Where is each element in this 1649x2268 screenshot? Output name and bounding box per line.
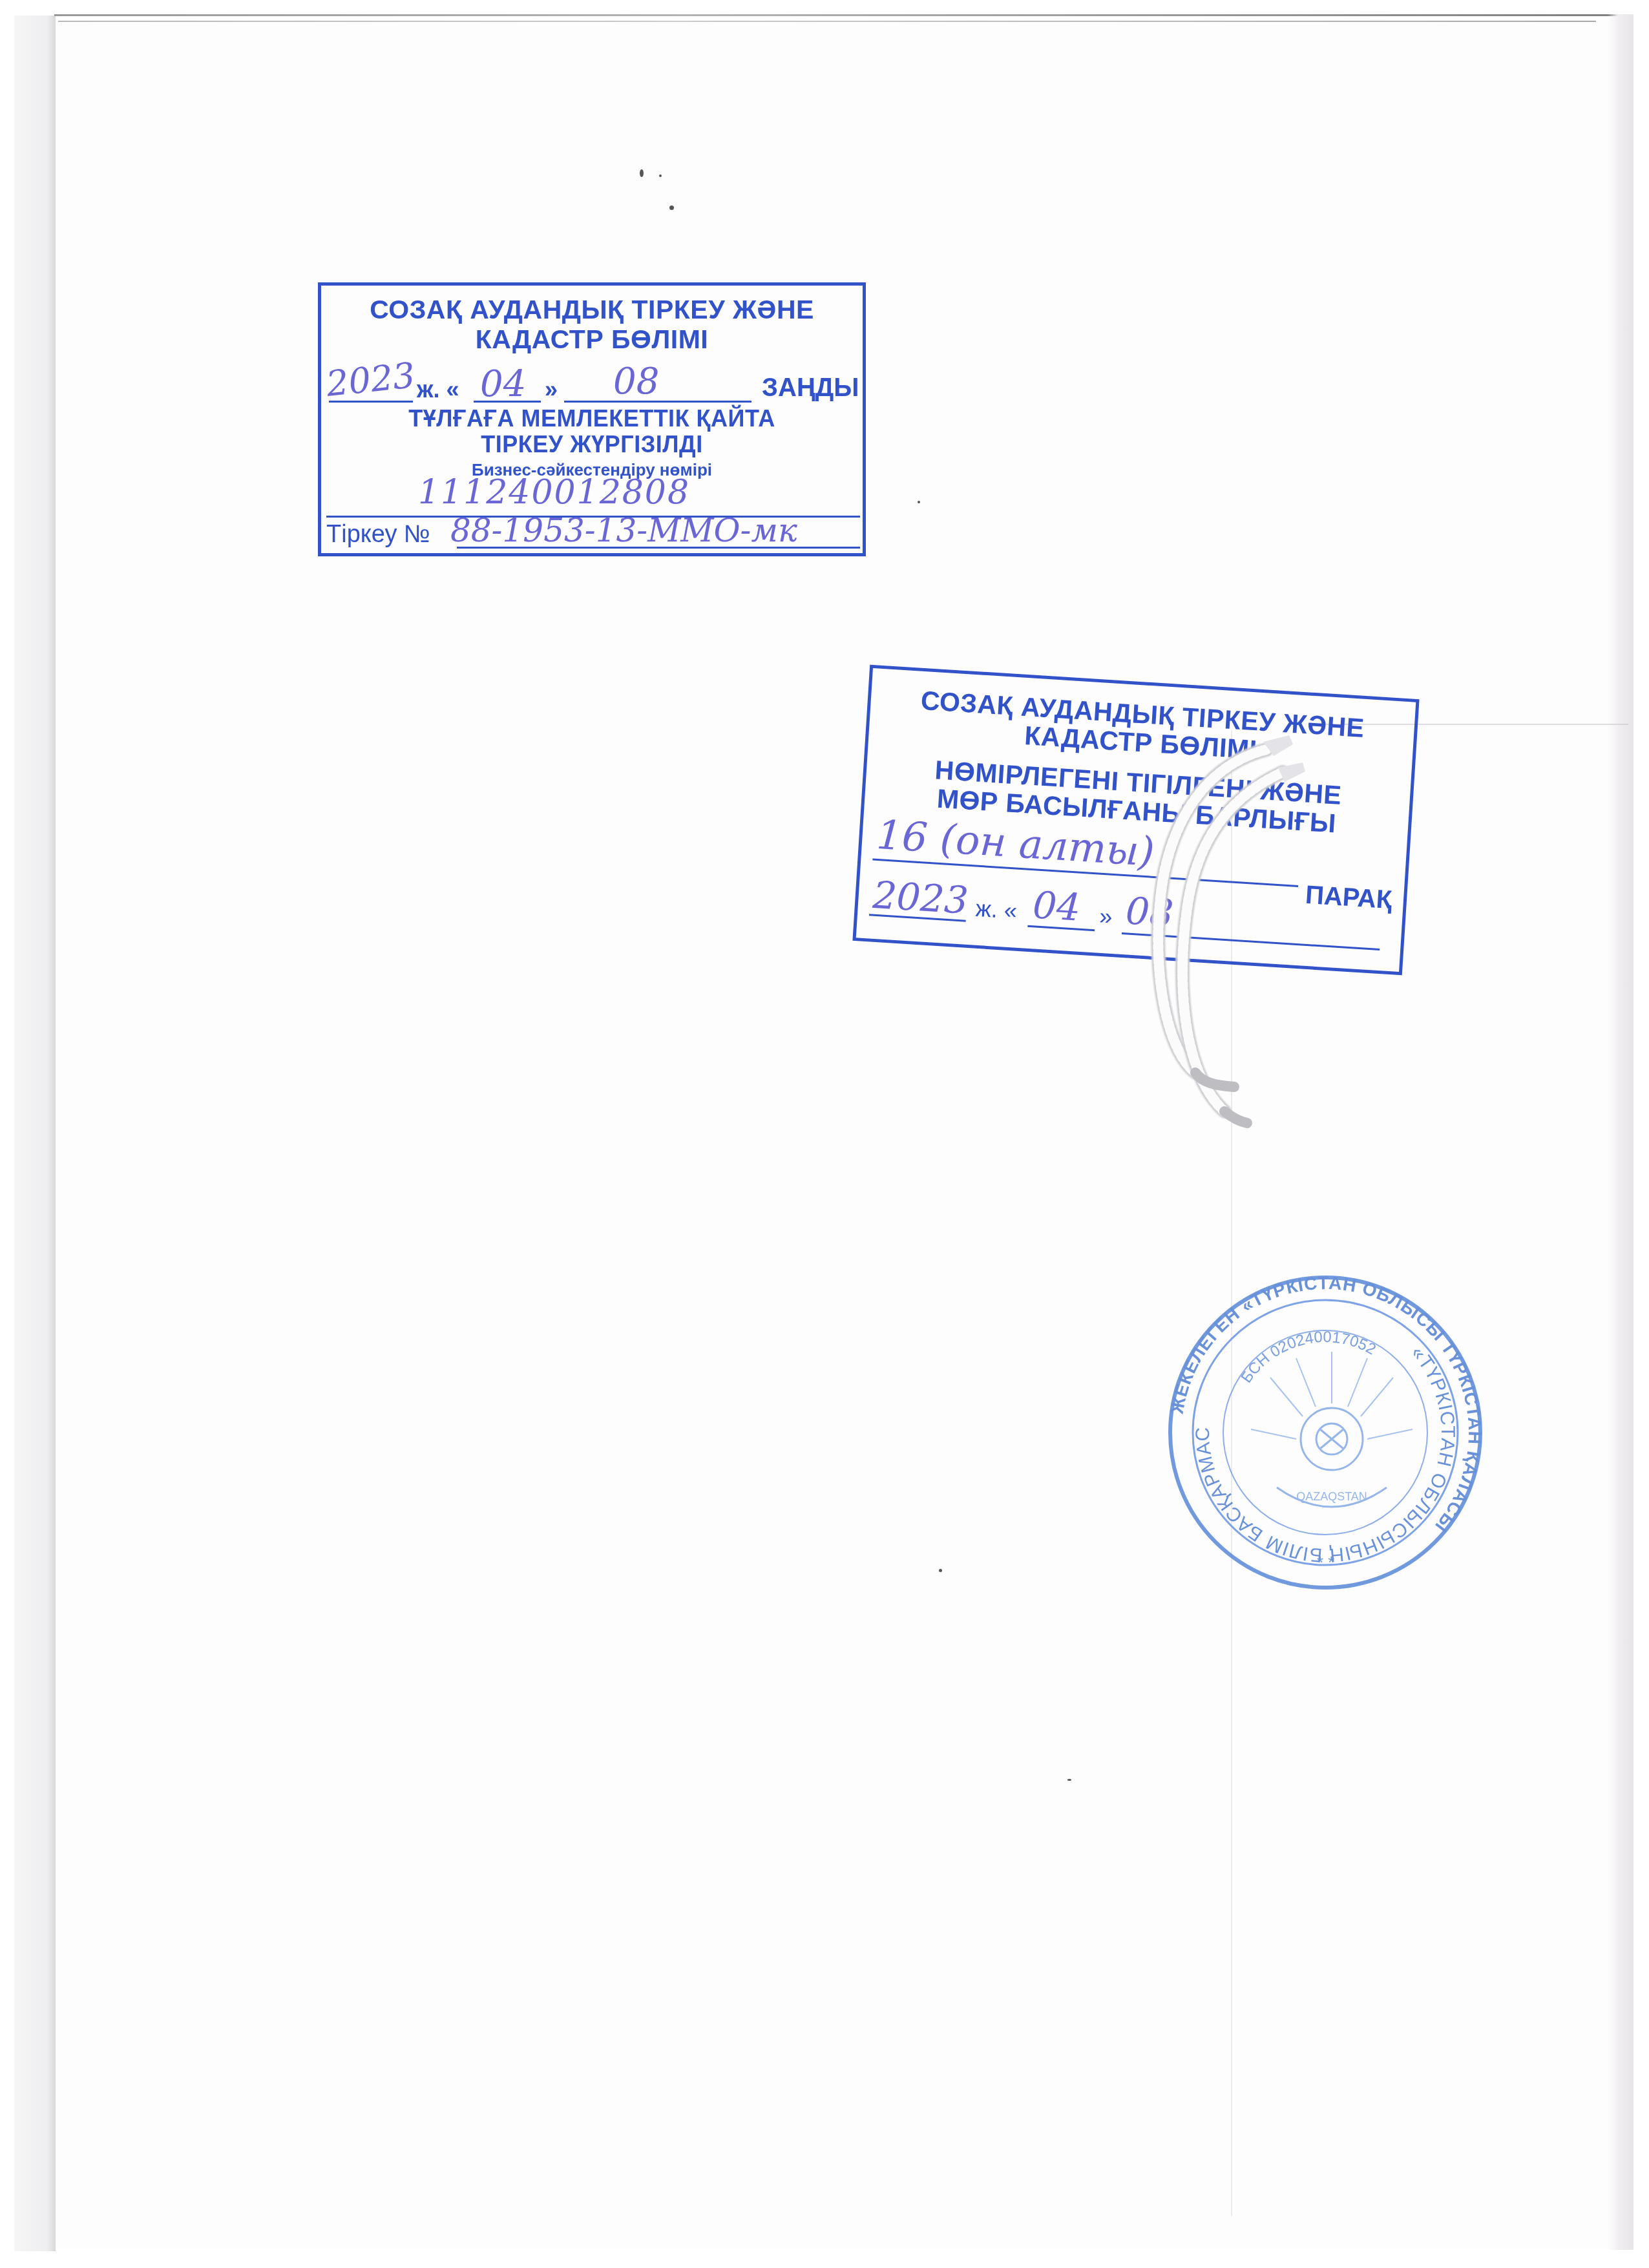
registration-number-label: Тіркеу № xyxy=(326,521,430,549)
day-underline xyxy=(474,401,541,403)
day-close-label: » xyxy=(1098,903,1113,930)
ink-speck xyxy=(669,205,674,210)
year-suffix-label: ж. « xyxy=(975,895,1018,925)
page-left-shadow xyxy=(14,16,56,2251)
registration-stamp: СОЗАҚ АУДАНДЫҚ ТІРКЕУ ЖӘНЕ КАДАСТР БӨЛІМ… xyxy=(318,282,866,556)
handwritten-month: 08 xyxy=(1124,888,1175,936)
handwritten-day: 04 xyxy=(480,363,526,405)
stamp-title-line1: СОЗАҚ АУДАНДЫҚ ТІРКЕУ ЖӘНЕ xyxy=(321,295,863,324)
year-suffix-label: ж. « xyxy=(417,376,459,403)
page-top-edge xyxy=(54,14,1633,16)
handwritten-bin: 111240012808 xyxy=(418,473,690,512)
stamp-line3: ТҰЛҒАҒА МЕМЛЕКЕТТІК ҚАЙТА xyxy=(321,406,863,432)
handwritten-registration-number: 88-1953-13-ММО-мк xyxy=(450,512,797,549)
ink-speck xyxy=(918,501,920,503)
ink-speck xyxy=(939,1569,942,1572)
handwritten-month: 08 xyxy=(613,361,659,403)
legal-entity-label: ЗАҢДЫ xyxy=(762,373,859,403)
stamp-title-line2: КАДАСТР БӨЛІМІ xyxy=(321,324,863,354)
seal-bin-text: БСН 020240017052 xyxy=(1238,1328,1379,1386)
page-count-label: ПАРАҚ xyxy=(1305,881,1393,915)
handwritten-year: 2023 xyxy=(324,355,417,404)
page-top-edge-inner xyxy=(58,21,1596,22)
month-underline xyxy=(564,401,751,403)
seal-stars: * * xyxy=(1317,1553,1334,1572)
ink-speck xyxy=(1067,1779,1071,1781)
ink-speck xyxy=(640,169,644,177)
handwritten-day: 04 xyxy=(1031,883,1082,930)
ink-speck xyxy=(659,174,662,177)
reg-underline xyxy=(457,547,860,549)
page-count-stamp: СОЗАҚ АУДАНДЫҚ ТІРКЕУ ЖӘНЕ КАДАСТР БӨЛІМ… xyxy=(852,665,1419,976)
month-underline xyxy=(1122,932,1380,950)
svg-text:БСН 020240017052: БСН 020240017052 xyxy=(1238,1328,1379,1386)
stamp-line4: ТІРКЕУ ЖҮРГІЗІЛДІ xyxy=(321,432,863,457)
official-round-seal: QAZAQSTAN ЖЕКЕЛЕГЕН «ТҮРКІСТАН ОБЛЫСЫ ТҮ… xyxy=(1167,1274,1484,1591)
day-close-label: » xyxy=(545,376,558,403)
year-underline xyxy=(329,401,413,403)
page-right-fold xyxy=(1608,14,1633,2250)
seal-emblem-text: QAZAQSTAN xyxy=(1296,1490,1367,1503)
